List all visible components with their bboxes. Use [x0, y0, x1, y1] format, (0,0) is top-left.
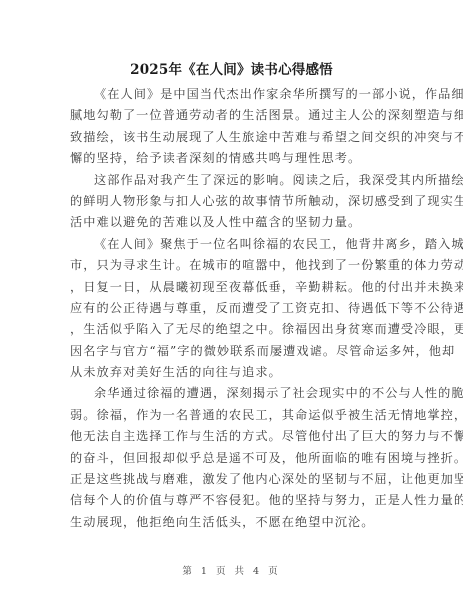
paragraph-1: 《在人间》是中国当代杰出作家余华所撰写的一部小说，作品细 腻地勾勒了一位普通劳动… [70, 84, 390, 170]
text-line: 生动展现，他拒绝向生活低头，不愿在绝望中沉沦。 [70, 512, 390, 533]
document-page: 2025年《在人间》读书心得感悟 《在人间》是中国当代杰出作家余华所撰写的一部小… [0, 0, 463, 600]
text-line: 正是这些挑战与磨难，激发了他内心深处的坚韧与不屈，让他更加坚 [70, 469, 390, 490]
text-line: 余华通过徐福的遭遇，深刻揭示了社会现实中的不公与人性的脆 [70, 383, 390, 404]
text-line: 从未放弃对美好生活的向往与追求。 [70, 362, 390, 383]
text-line: 弱。徐福，作为一名普通的农民工，其命运似乎被生活无情地掌控， [70, 405, 390, 426]
text-line: 应有的公正待遇与尊重，反而遭受了工资克扣、待遇低下等不公待遇 [70, 298, 390, 319]
paragraph-3: 《在人间》聚焦于一位名叫徐福的农民工，他背井离乡，踏入城 市，只为寻求生计。在城… [70, 234, 390, 384]
text-line: 因名字与官方“福”字的微妙联系而屡遭戏谑。尽管命运多舛，他却 [70, 341, 390, 362]
page-number-footer: 第 1 页 共 4 页 [0, 563, 463, 577]
text-line: 腻地勾勒了一位普通劳动者的生活图景。通过主人公的深刻塑造与细 [70, 105, 390, 126]
text-line: ，日复一日，从晨曦初现至夜幕低垂，辛勤耕耘。他的付出并未换来 [70, 277, 390, 298]
text-line: 这部作品对我产生了深远的影响。阅读之后，我深受其内所描绘 [70, 170, 390, 191]
text-line: 信每个人的价值与尊严不容侵犯。他的坚持与努力，正是人性力量的 [70, 490, 390, 511]
paragraph-2: 这部作品对我产生了深远的影响。阅读之后，我深受其内所描绘 的鲜明人物形象与扣人心… [70, 170, 390, 234]
text-line: 市，只为寻求生计。在城市的喧嚣中，他找到了一份繁重的体力劳动 [70, 255, 390, 276]
text-line: 活中难以避免的苦难以及人性中蕴含的坚韧力量。 [70, 212, 390, 233]
text-line: 的鲜明人物形象与扣人心弦的故事情节所触动，深切感受到了现实生 [70, 191, 390, 212]
paragraph-4: 余华通过徐福的遭遇，深刻揭示了社会现实中的不公与人性的脆 弱。徐福，作为一名普通… [70, 383, 390, 533]
document-title: 2025年《在人间》读书心得感悟 [0, 58, 463, 78]
text-line: 他无法自主选择工作与生活的方式。尽管他付出了巨大的努力与不懈 [70, 426, 390, 447]
text-line: 懈的坚持，给予读者深刻的情感共鸣与理性思考。 [70, 148, 390, 169]
text-line: 致描绘，该书生动展现了人生旅途中苦难与希望之间交织的冲突与不 [70, 127, 390, 148]
document-body: 《在人间》是中国当代杰出作家余华所撰写的一部小说，作品细 腻地勾勒了一位普通劳动… [70, 84, 390, 533]
text-line: ，生活似乎陷入了无尽的绝望之中。徐福因出身贫寒而遭受冷眼，更 [70, 319, 390, 340]
text-line: 《在人间》是中国当代杰出作家余华所撰写的一部小说，作品细 [70, 84, 390, 105]
text-line: 《在人间》聚焦于一位名叫徐福的农民工，他背井离乡，踏入城 [70, 234, 390, 255]
text-line: 的奋斗，但回报却似乎总是遥不可及，他所面临的唯有困境与挫折。 [70, 448, 390, 469]
